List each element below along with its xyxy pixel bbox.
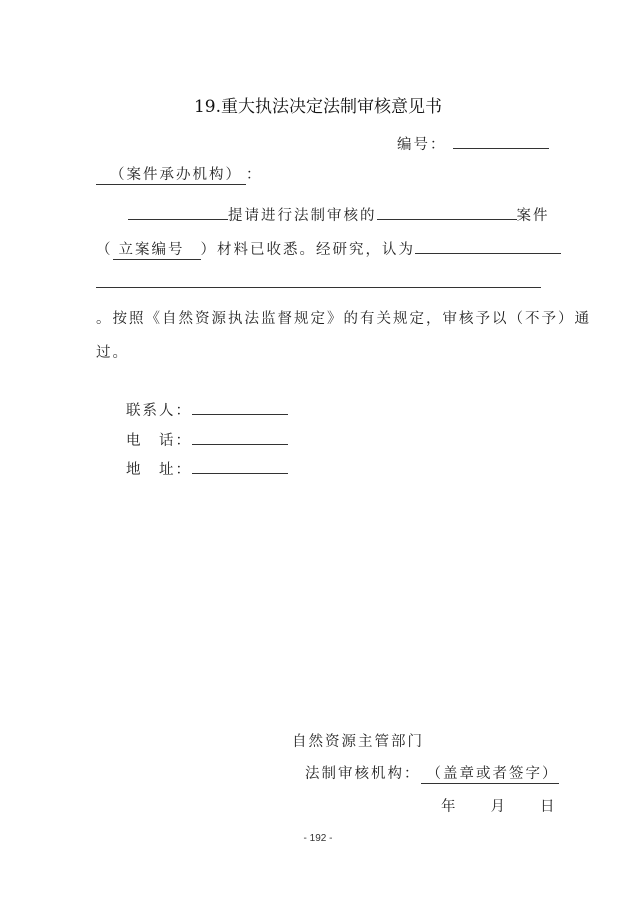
paragraph-4: 过。 [96,341,129,362]
opinion-blank[interactable] [415,239,561,254]
page-number: - 192 - [0,833,636,844]
addressee-placeholder[interactable]: （案件承办机构） [96,163,246,185]
paragraph-3: 。按照《自然资源执法监督规定》的有关规定，审核予以（不予）通 [96,307,591,328]
para2-text: ）材料已收悉。经研究，认为 [201,242,416,258]
phone-field: 电 话： [126,429,288,450]
paren-open: （ [96,242,113,258]
para1-suffix: 案件 [517,208,550,224]
department-name: 自然资源主管部门 [292,730,424,751]
para1-text: 提请进行法制审核的 [228,208,377,224]
contact-person-blank[interactable] [192,400,288,415]
contact-person-label: 联系人： [126,403,192,419]
review-org-label: 法制审核机构： [305,766,421,782]
applicant-blank[interactable] [128,205,228,220]
contact-person-field: 联系人： [126,399,288,420]
case-number-placeholder[interactable]: 立案编号 [113,238,201,260]
address-blank[interactable] [192,459,288,474]
review-org-line: 法制审核机构：（盖章或者签字） [305,762,559,784]
case-name-blank[interactable] [377,205,517,220]
number-field: 编号： [397,133,549,154]
paragraph-2: （立案编号）材料已收悉。经研究，认为 [96,238,561,260]
address-field: 地 址： [126,458,288,479]
address-label: 地 址： [126,462,192,478]
opinion-continuation-line[interactable] [96,287,541,288]
paragraph-1: 提请进行法制审核的案件 [128,204,550,225]
seal-placeholder[interactable]: （盖章或者签字） [421,762,559,784]
number-label: 编号： [397,137,447,153]
phone-label: 电 话： [126,433,192,449]
document-title: 19.重大执法决定法制审核意见书 [0,92,636,117]
addressee-line: （案件承办机构）： [96,163,263,185]
date-line: 年 月 日 [441,795,557,816]
addressee-colon: ： [246,167,263,183]
phone-blank[interactable] [192,430,288,445]
number-blank[interactable] [453,134,549,149]
